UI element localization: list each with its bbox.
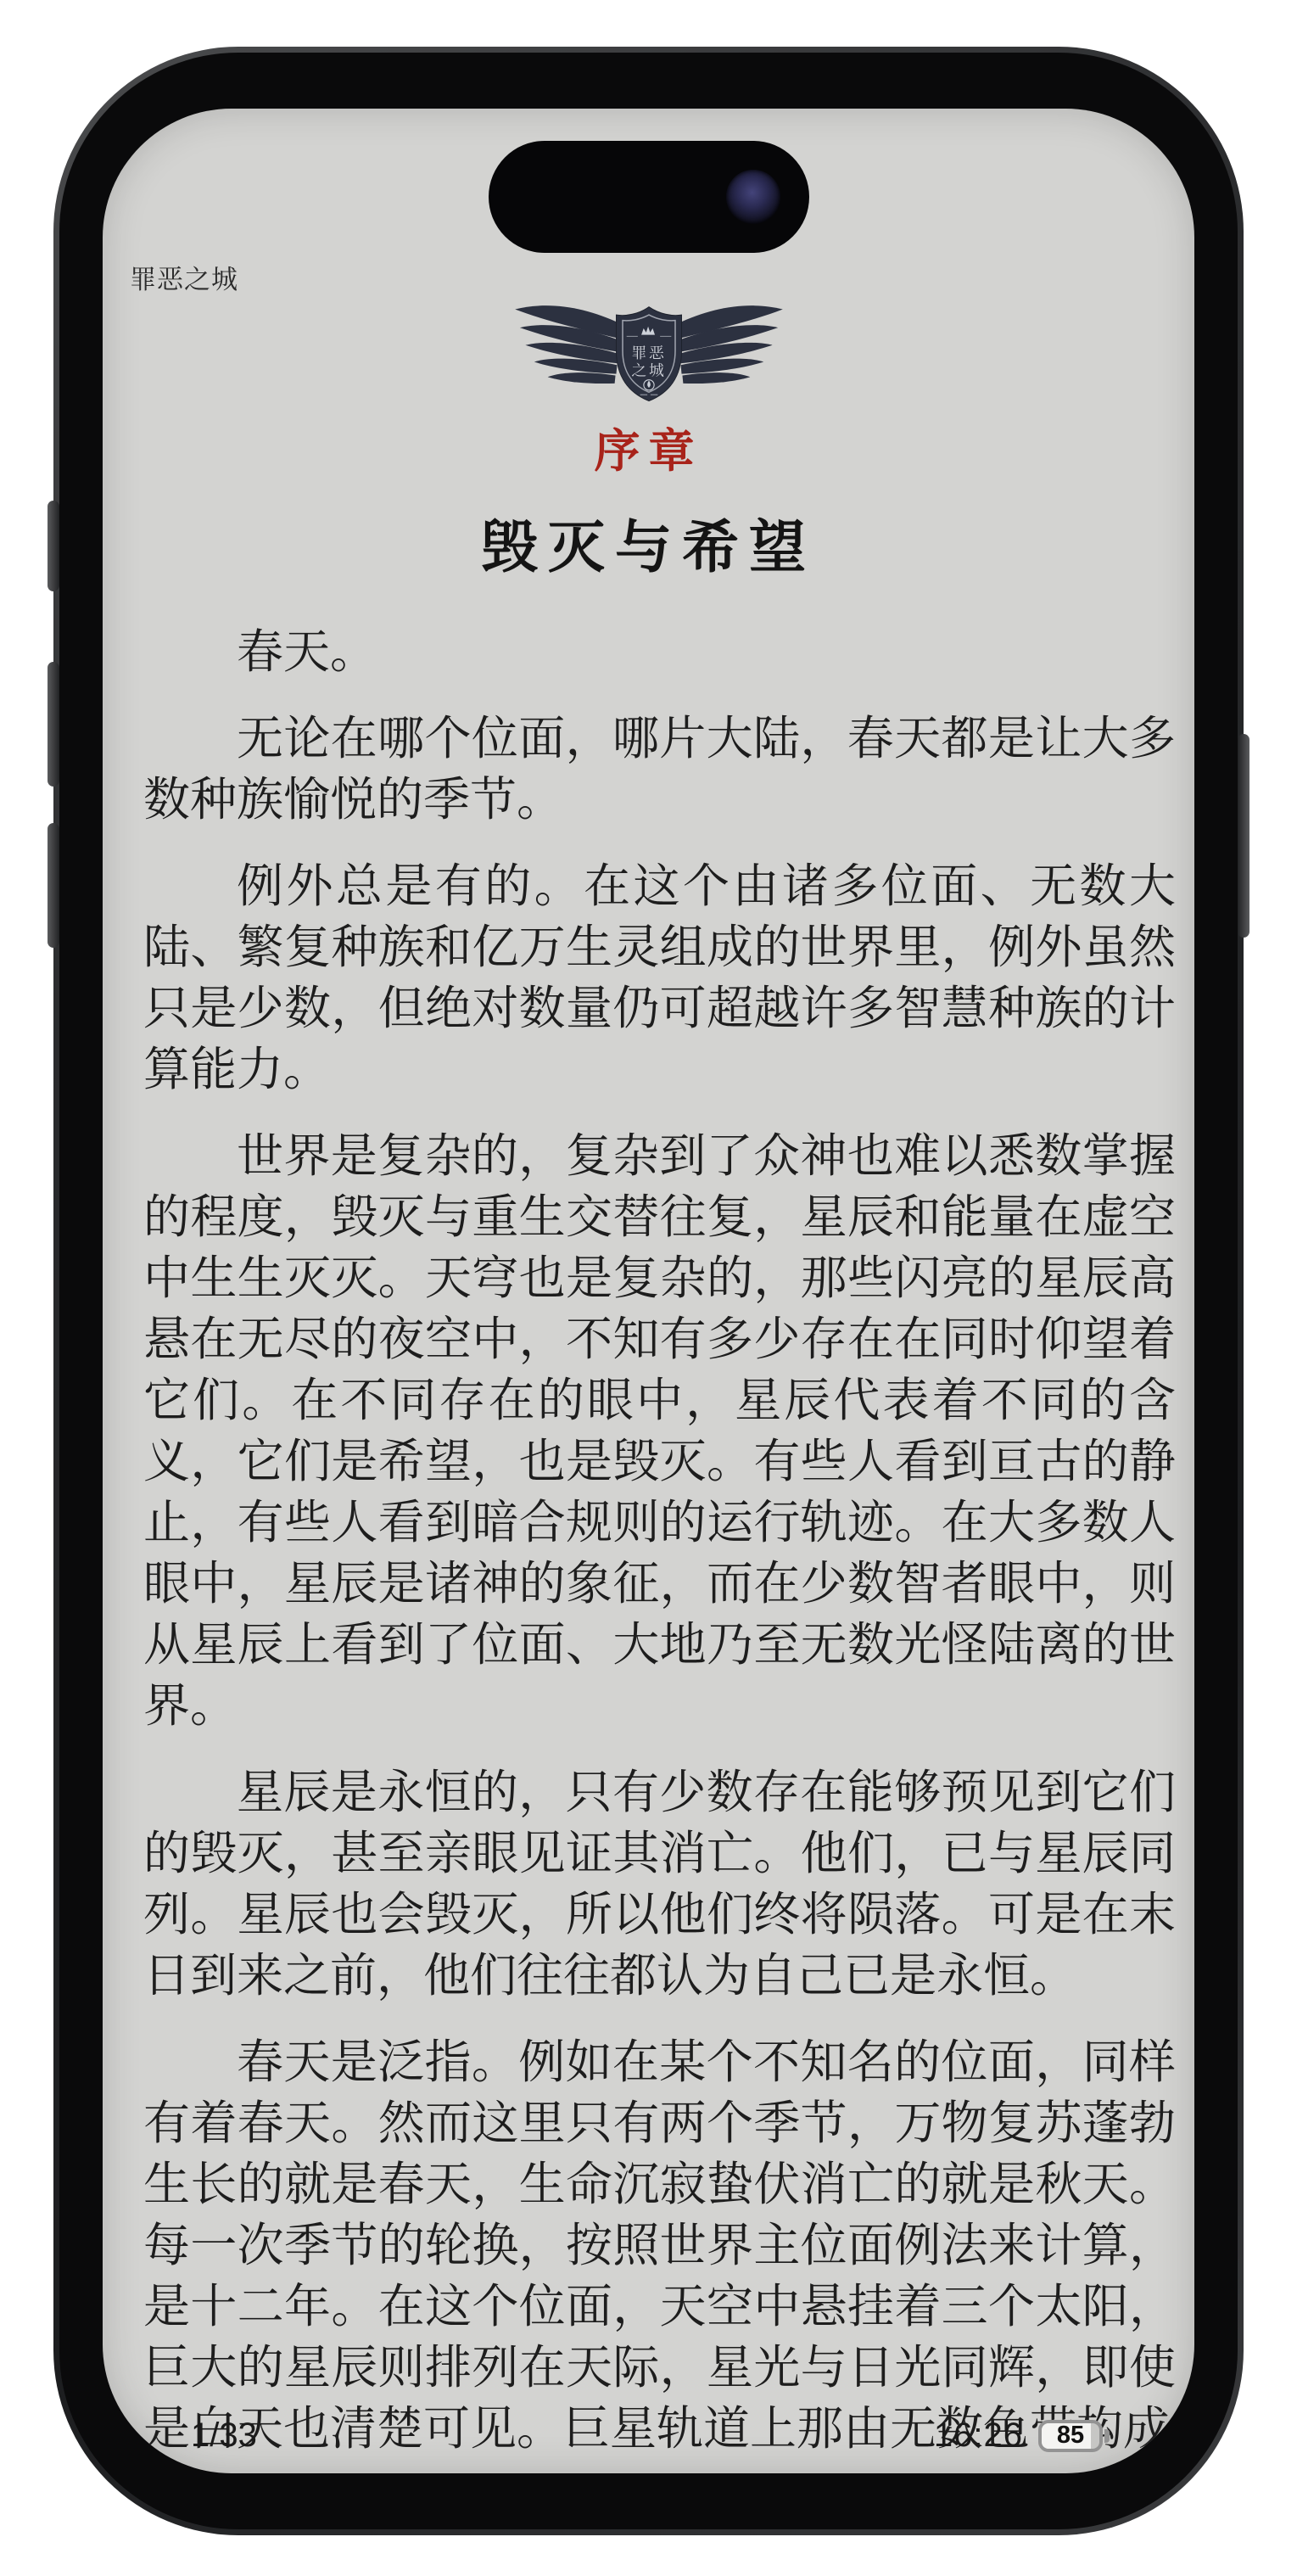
reader-footer: 1/33 16:26 85 [103,2416,1194,2455]
bezel: 罪恶之城 [59,53,1238,2529]
book-title: 罪恶之城 [130,258,1194,296]
chapter-label: 序章 [103,415,1194,480]
paragraph: 无论在哪个位面，哪片大陆，春天都是让大多数种族愉悦的季节。 [143,708,1176,830]
paragraph: 世界是复杂的，复杂到了众神也难以悉数掌握的程度，毁灭与重生交替往复，星辰和能量在… [143,1125,1176,1736]
battery-percent: 85 [1057,2422,1084,2450]
chapter-body: 春天。 无论在哪个位面，哪片大陆，春天都是让大多数种族愉悦的季节。 例外总是有的… [103,621,1194,2459]
battery-icon: 85 [1038,2420,1110,2452]
reader-screen[interactable]: 罪恶之城 [103,109,1194,2473]
volume-up-button[interactable] [48,662,59,787]
paragraph: 春天。 [143,621,1176,682]
shield-text-top: 罪恶 [631,344,666,362]
iphone-frame: 罪恶之城 [53,47,1244,2535]
chapter-title: 毁灭与希望 [103,502,1194,584]
screenshot-canvas: 罪恶之城 [0,0,1297,2576]
clock: 16:26 [934,2416,1023,2455]
paragraph: 春天是泛指。例如在某个不知名的位面，同样有着春天。然而这里只有两个季节，万物复苏… [143,2031,1176,2459]
paragraph: 例外总是有的。在这个由诸多位面、无数大陆、繁复种族和亿万生灵组成的世界里，例外虽… [143,855,1176,1100]
action-button[interactable] [48,501,59,591]
power-button[interactable] [1238,734,1249,938]
dynamic-island [489,141,809,253]
shield-text-bottom: 之城 [631,361,666,379]
volume-down-button[interactable] [48,823,59,948]
winged-shield-emblem-icon: 罪恶 之城 [513,303,785,408]
status-cluster: 16:26 85 [934,2416,1110,2455]
front-camera-icon [726,170,780,224]
paragraph: 星辰是永恒的，只有少数存在能够预见到它们的毁灭，甚至亲眼见证其消亡。他们，已与星… [143,1761,1176,2006]
battery-nub [1104,2429,1110,2443]
page-indicator: 1/33 [191,2416,257,2455]
